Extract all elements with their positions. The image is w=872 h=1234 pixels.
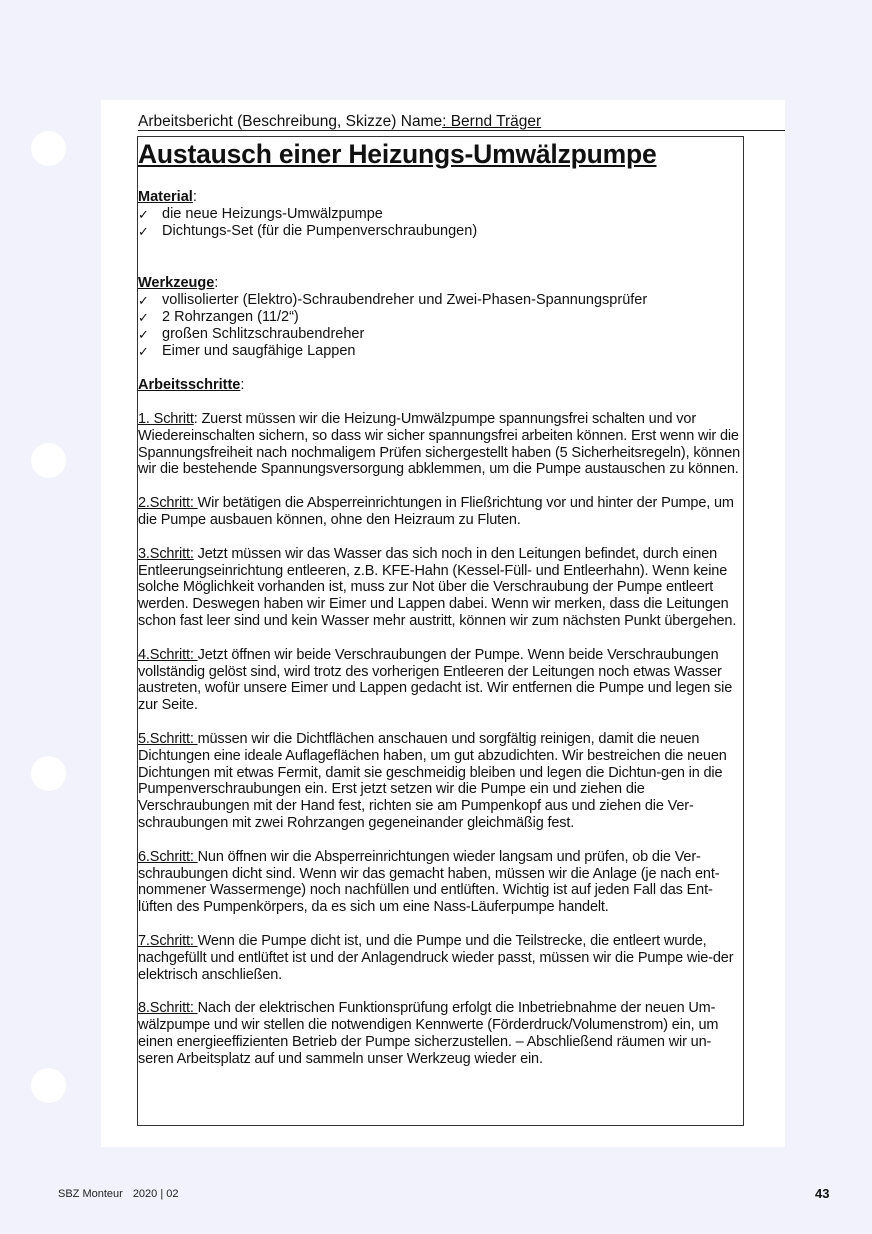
material-list: ✓die neue Heizungs-Umwälzpumpe ✓Dichtung… bbox=[138, 206, 741, 240]
page-title: Austausch einer Heizungs-Umwälzpumpe bbox=[138, 137, 741, 170]
list-item: ✓großen Schlitzschraubendreher bbox=[138, 326, 741, 343]
publication-name: SBZ Monteur bbox=[58, 1188, 123, 1200]
step-3: 3.Schritt: Jetzt müssen wir das Wasser d… bbox=[138, 546, 741, 630]
werkzeuge-list: ✓vollisolierter (Elektro)-Schraubendrehe… bbox=[138, 292, 741, 360]
checkmark-icon: ✓ bbox=[138, 343, 149, 360]
step-2: 2.Schritt: Wir betätigen die Absperreinr… bbox=[138, 495, 741, 529]
author-name: : Bernd Träger bbox=[442, 113, 541, 130]
checkmark-icon: ✓ bbox=[138, 326, 149, 343]
step-4: 4.Schritt: Jetzt öffnen wir beide Versch… bbox=[138, 647, 741, 714]
punch-hole bbox=[31, 1068, 66, 1103]
report-box: Austausch einer Heizungs-Umwälzpumpe Mat… bbox=[137, 136, 744, 1126]
werkzeuge-heading: Werkzeuge: bbox=[138, 275, 741, 292]
arbeitsschritte-heading: Arbeitsschritte: bbox=[138, 377, 741, 394]
step-5: 5.Schritt: müssen wir die Dichtflächen a… bbox=[138, 731, 741, 832]
step-8: 8.Schritt: Nach der elektrischen Funktio… bbox=[138, 1000, 741, 1067]
report-header: Arbeitsbericht (Beschreibung, Skizze) Na… bbox=[138, 114, 785, 131]
checkmark-icon: ✓ bbox=[138, 206, 149, 223]
page-number: 43 bbox=[815, 1186, 829, 1201]
list-item: ✓Eimer und saugfähige Lappen bbox=[138, 343, 741, 360]
punch-hole bbox=[31, 756, 66, 791]
report-header-label: Arbeitsbericht (Beschreibung, Skizze) Na… bbox=[138, 113, 442, 130]
material-heading: Material: bbox=[138, 189, 741, 206]
punch-hole bbox=[31, 131, 66, 166]
list-item: ✓die neue Heizungs-Umwälzpumpe bbox=[138, 206, 741, 223]
list-item: ✓2 Rohrzangen (11/2“) bbox=[138, 309, 741, 326]
checkmark-icon: ✓ bbox=[138, 309, 149, 326]
issue-number: 2020 | 02 bbox=[133, 1188, 179, 1200]
punch-hole bbox=[31, 443, 66, 478]
step-7: 7.Schritt: Wenn die Pumpe dicht ist, und… bbox=[138, 933, 741, 983]
checkmark-icon: ✓ bbox=[138, 223, 149, 240]
checkmark-icon: ✓ bbox=[138, 292, 149, 309]
step-1: 1. Schritt: Zuerst müssen wir die Heizun… bbox=[138, 411, 741, 478]
step-6: 6.Schritt: Nun öffnen wir die Absperrein… bbox=[138, 849, 741, 916]
footer-publication: SBZ Monteur2020 | 02 bbox=[58, 1188, 179, 1200]
list-item: ✓Dichtungs-Set (für die Pumpenverschraub… bbox=[138, 223, 741, 240]
list-item: ✓vollisolierter (Elektro)-Schraubendrehe… bbox=[138, 292, 741, 309]
